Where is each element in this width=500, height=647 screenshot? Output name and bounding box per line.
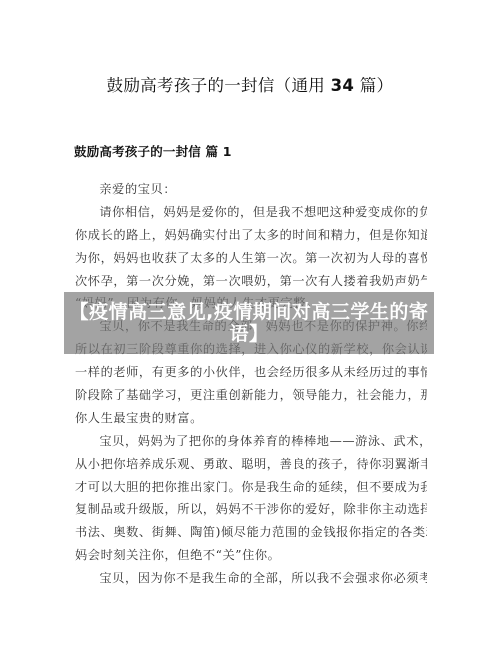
text-line: 一样的老师，有更多的小伙伴，也会经历很多从未经历过的事情，高中 (75, 361, 427, 384)
text-line: 才可以大胆的把你推出家门。你是我生命的延续，但不要成为我生活的 (75, 476, 427, 499)
text-line: 书法、奥数、街舞、陶笛)倾尽能力范围的金钱报你指定的各类班。妈 (75, 521, 427, 544)
text-line: 妈会时刻关注你，但绝不“关”住你。 (75, 544, 427, 567)
section-heading: 鼓励高考孩子的一封信 篇 1 (74, 142, 232, 160)
text-line: 次怀孕，第一次分娩，第一次喂奶，第一次有人搂着我奶声奶气地叫我 (75, 270, 427, 293)
document-title: 鼓励高考孩子的一封信（通用 34 篇） (0, 72, 500, 96)
document-title-suffix: 篇） (354, 76, 393, 95)
text-line: 宝贝，妈妈为了把你的身体养育的棒棒地——游泳、武术，网球， (75, 430, 427, 453)
document-title-number: 34 (331, 76, 355, 95)
overlay-banner[interactable]: 【疫情高三意见,疫情期间对高三学生的寄语】 (64, 292, 434, 354)
text-line: 阶段除了基础学习，更注重创新能力，领导能力，社会能力，那将成为 (75, 384, 427, 407)
text-line: 你人生最宝贵的财富。 (75, 407, 427, 430)
text-line: 请你相信，妈妈是爱你的，但是我不想吧这种爱变成你的负担。在 (75, 201, 427, 224)
text-line: 复制品或升级版，所以，妈妈不干涉你的爱好，除非你主动选择(古筝、 (75, 498, 427, 521)
text-line: 为你，妈妈也收获了太多的人生第一次。第一次初为人母的喜悦、第一 (75, 247, 427, 270)
text-line: 你成长的路上，妈妈确实付出了太多的时间和精力，但是你知道吗？因 (75, 224, 427, 247)
text-line: 宝贝，因为你不是我生命的全部，所以我不会强求你必须考试第一， (75, 567, 427, 590)
document-title-prefix: 鼓励高考孩子的一封信（通用 (107, 76, 331, 95)
letter-body: 亲爱的宝贝：请你相信，妈妈是爱你的，但是我不想吧这种爱变成你的负担。在你成长的路… (75, 178, 427, 590)
overlay-title[interactable]: 【疫情高三意见,疫情期间对高三学生的寄语】 (69, 301, 429, 345)
text-line: 亲爱的宝贝： (75, 178, 427, 201)
text-line: 从小把你培养成乐观、勇敢、聪明，善良的孩子，待你羽翼渐丰，妈妈 (75, 453, 427, 476)
